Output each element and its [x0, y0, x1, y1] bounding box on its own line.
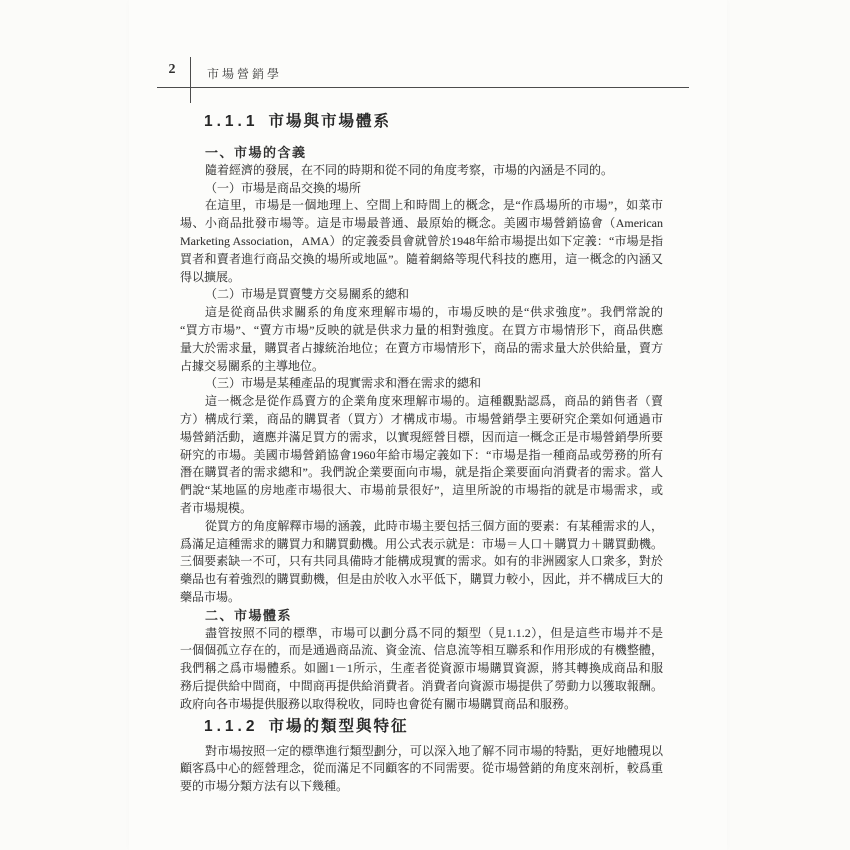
- text-line: （三）市場是某種產品的現實需求和潛在需求的總和: [180, 375, 663, 393]
- text-line: 顧客爲中心的經營理念，從而滿足不同顧客的不同需要。從市場營銷的角度來剖析，較爲重: [180, 760, 663, 778]
- text-line: 對市場按照一定的標準進行類型劃分，可以深入地了解不同市場的特點，更好地體現以: [180, 743, 663, 761]
- subheading: 一、市場的含義: [180, 144, 663, 162]
- section-title: 市場與市場體系: [268, 113, 391, 130]
- running-title: 市場營銷學: [207, 65, 282, 82]
- page-number: 2: [161, 62, 183, 78]
- text-line: 藥品市場。: [180, 589, 663, 607]
- paragraph: （一）市場是商品交換的場所: [180, 180, 663, 198]
- text-line: 買者和賣者進行商品交換的場所或地區”。隨着網絡等現代科技的應用，這一概念的內涵又: [180, 251, 663, 269]
- text-line: 這是從商品供求關系的角度來理解市場的，市場反映的是“供求強度”。我們常說的: [180, 304, 663, 322]
- paragraph: （二）市場是買賣雙方交易關系的總和: [180, 286, 663, 304]
- section-number: 1.1.1: [204, 113, 258, 130]
- text-line: 得以擴展。: [180, 269, 663, 287]
- text-line: 場、小商品批發市場等。這是市場最普通、最原始的概念。美國市場營銷協會（Ameri…: [180, 215, 663, 233]
- text-line: 場營銷活動，適應并滿足買方的需求，以實現經營目標，因而這一概念正是市場營銷學所要: [180, 429, 663, 447]
- text-line: 務后提供給中間商，中間商再提供給消費者。消費者向資源市場提供了勞動力以獲取報酬。: [180, 678, 663, 696]
- scanned-book-page: 2 市場營銷學 1.1.1市場與市場體系一、市場的含義隨着經濟的發展，在不同的時…: [0, 0, 850, 850]
- text-line: 政府向各市場提供服務以取得稅收，同時也會從有關市場購買商品和服務。: [180, 696, 663, 714]
- paragraph: 隨着經濟的發展，在不同的時期和從不同的角度考察，市場的內涵是不同的。: [180, 162, 663, 180]
- text-line: 藥品也有着強烈的購買動機，但是由於收入水平低下，購買力較小，因此，并不構成巨大的: [180, 571, 663, 589]
- header-vertical-rule: [190, 57, 191, 103]
- text-line: 這一概念是從作爲賣方的企業角度來理解市場的。這種觀點認爲，商品的銷售者（賣: [180, 393, 663, 411]
- text-line: 盡管按照不同的標準，市場可以劃分爲不同的類型（見1.1.2），但是這些市場并不是: [180, 625, 663, 643]
- paragraph: 這是從商品供求關系的角度來理解市場的，市場反映的是“供求強度”。我們常說的“買方…: [180, 304, 663, 375]
- page-content: 1.1.1市場與市場體系一、市場的含義隨着經濟的發展，在不同的時期和從不同的角度…: [180, 104, 663, 796]
- text-line: 潛在購買者的需求總和”。我們說企業要面向市場，就是指企業要面向消費者的需求。當人: [180, 464, 663, 482]
- text-line: （一）市場是商品交換的場所: [180, 180, 663, 198]
- section-number: 1.1.2: [204, 718, 258, 735]
- text-line: 方）構成行業，商品的購買者（買方）才構成市場。市場營銷學主要研究企業如何通過市: [180, 411, 663, 429]
- paragraph: 從買方的角度解釋市場的涵義，此時市場主要包括三個方面的要素：有某種需求的人，爲滿…: [180, 518, 663, 607]
- text-line: 者市場規模。: [180, 500, 663, 518]
- text-line: 三個要素缺一不可，只有共同具備時才能構成現實的需求。如有的非洲國家人口衆多，對於: [180, 553, 663, 571]
- text-line: 爲滿足這種需求的購買力和購買動機。用公式表示就是：市場＝人口＋購買力＋購買動機。: [180, 536, 663, 554]
- text-line: “買方市場”、“賣方市場”反映的就是供求力量的相對強度。在買方市場情形下，商品供…: [180, 322, 663, 340]
- text-line: 量大於需求量，購買者占據統治地位；在賣方市場情形下，商品的需求量大於供給量，賣方: [180, 340, 663, 358]
- paragraph: 在這里，市場是一個地理上、空間上和時間上的概念，是“作爲場所的市場”，如菜市場、…: [180, 197, 663, 286]
- text-line: 們說“某地區的房地產市場很大、市場前景很好”，這里所說的市場指的就是市場需求，或: [180, 482, 663, 500]
- section-heading-1.1.2: 1.1.2市場的類型與特征: [180, 717, 663, 736]
- paragraph: 盡管按照不同的標準，市場可以劃分爲不同的類型（見1.1.2），但是這些市場并不是…: [180, 625, 663, 714]
- text-line: 從買方的角度解釋市場的涵義，此時市場主要包括三個方面的要素：有某種需求的人，: [180, 518, 663, 536]
- text-line: （二）市場是買賣雙方交易關系的總和: [180, 286, 663, 304]
- section-heading-1.1.1: 1.1.1市場與市場體系: [180, 112, 663, 131]
- header-horizontal-rule: [157, 87, 689, 88]
- text-line: 占據交易關系的主導地位。: [180, 358, 663, 376]
- text-line: 一個個孤立存在的，而是通過商品流、資金流、信息流等相互聯系和作用形成的有機整體，: [180, 642, 663, 660]
- subheading: 二、市場體系: [180, 607, 663, 625]
- text-line: 在這里，市場是一個地理上、空間上和時間上的概念，是“作爲場所的市場”，如菜市: [180, 197, 663, 215]
- paragraph: 對市場按照一定的標準進行類型劃分，可以深入地了解不同市場的特點，更好地體現以顧客…: [180, 743, 663, 796]
- text-line: 隨着經濟的發展，在不同的時期和從不同的角度考察，市場的內涵是不同的。: [180, 162, 663, 180]
- text-line: 我們稱之爲市場體系。如圖1－1所示，生產者從資源市場購買資源，將其轉換成商品和服: [180, 660, 663, 678]
- text-line: 研究的市場。美國市場營銷協會1960年給市場定義如下：“市場是指一種商品或勞務的…: [180, 447, 663, 465]
- text-line: Marketing Association，AMA）的定義委員會就曾於1948年…: [180, 233, 663, 251]
- section-title: 市場的類型與特征: [268, 718, 408, 735]
- text-line: 要的市場分類方法有以下幾種。: [180, 778, 663, 796]
- paragraph: （三）市場是某種產品的現實需求和潛在需求的總和: [180, 375, 663, 393]
- paragraph: 這一概念是從作爲賣方的企業角度來理解市場的。這種觀點認爲，商品的銷售者（賣方）構…: [180, 393, 663, 518]
